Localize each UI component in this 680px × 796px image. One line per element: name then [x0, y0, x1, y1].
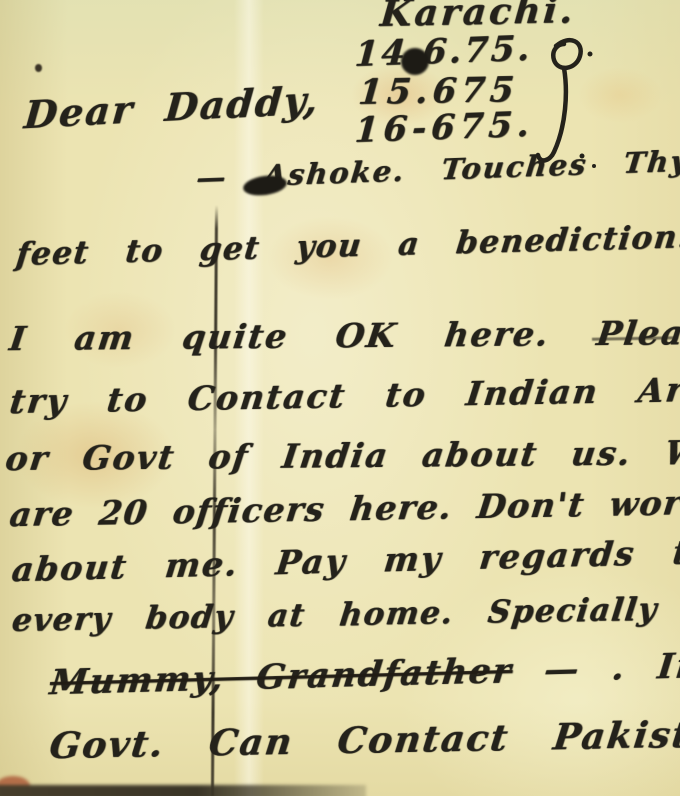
body-line-5: or Govt of India about us. We	[4, 436, 680, 475]
date-line-2: 15.675	[357, 73, 520, 110]
strikethrough-words: Mummy, Grandfather	[48, 651, 515, 703]
body-line-10: Govt. Can Contact Pakistan	[48, 716, 680, 764]
body-line-8: every body at home. Specially to	[10, 593, 680, 637]
date-line-1: 14.6.75.	[354, 32, 534, 72]
body-line-9: Mummy, Grandfather — . Indian	[48, 647, 680, 701]
ink-blot	[401, 48, 429, 75]
salutation-line: Dear Daddy,	[23, 81, 321, 135]
body-line-2: feet to get you a benediction.	[14, 222, 680, 271]
body-line-6: are 20 officers here. Don't worry	[8, 486, 680, 531]
body-line-3: I am quite OK here. Please	[8, 316, 680, 355]
scan-bottom-shadow	[0, 785, 366, 796]
date-line-3: 16-675.	[354, 108, 536, 148]
body-line-7: about me. Pay my regards to	[10, 535, 680, 586]
handwritten-letter-scan: Karachi. 14.6.75. 15.675 16-675. Dear Da…	[0, 0, 680, 796]
body-line-4: try to Contact to Indian Army.	[8, 372, 680, 418]
place-line: Karachi.	[379, 0, 577, 32]
ink-speck	[35, 64, 42, 72]
body-line-9-rest: — . Indian	[542, 644, 680, 691]
